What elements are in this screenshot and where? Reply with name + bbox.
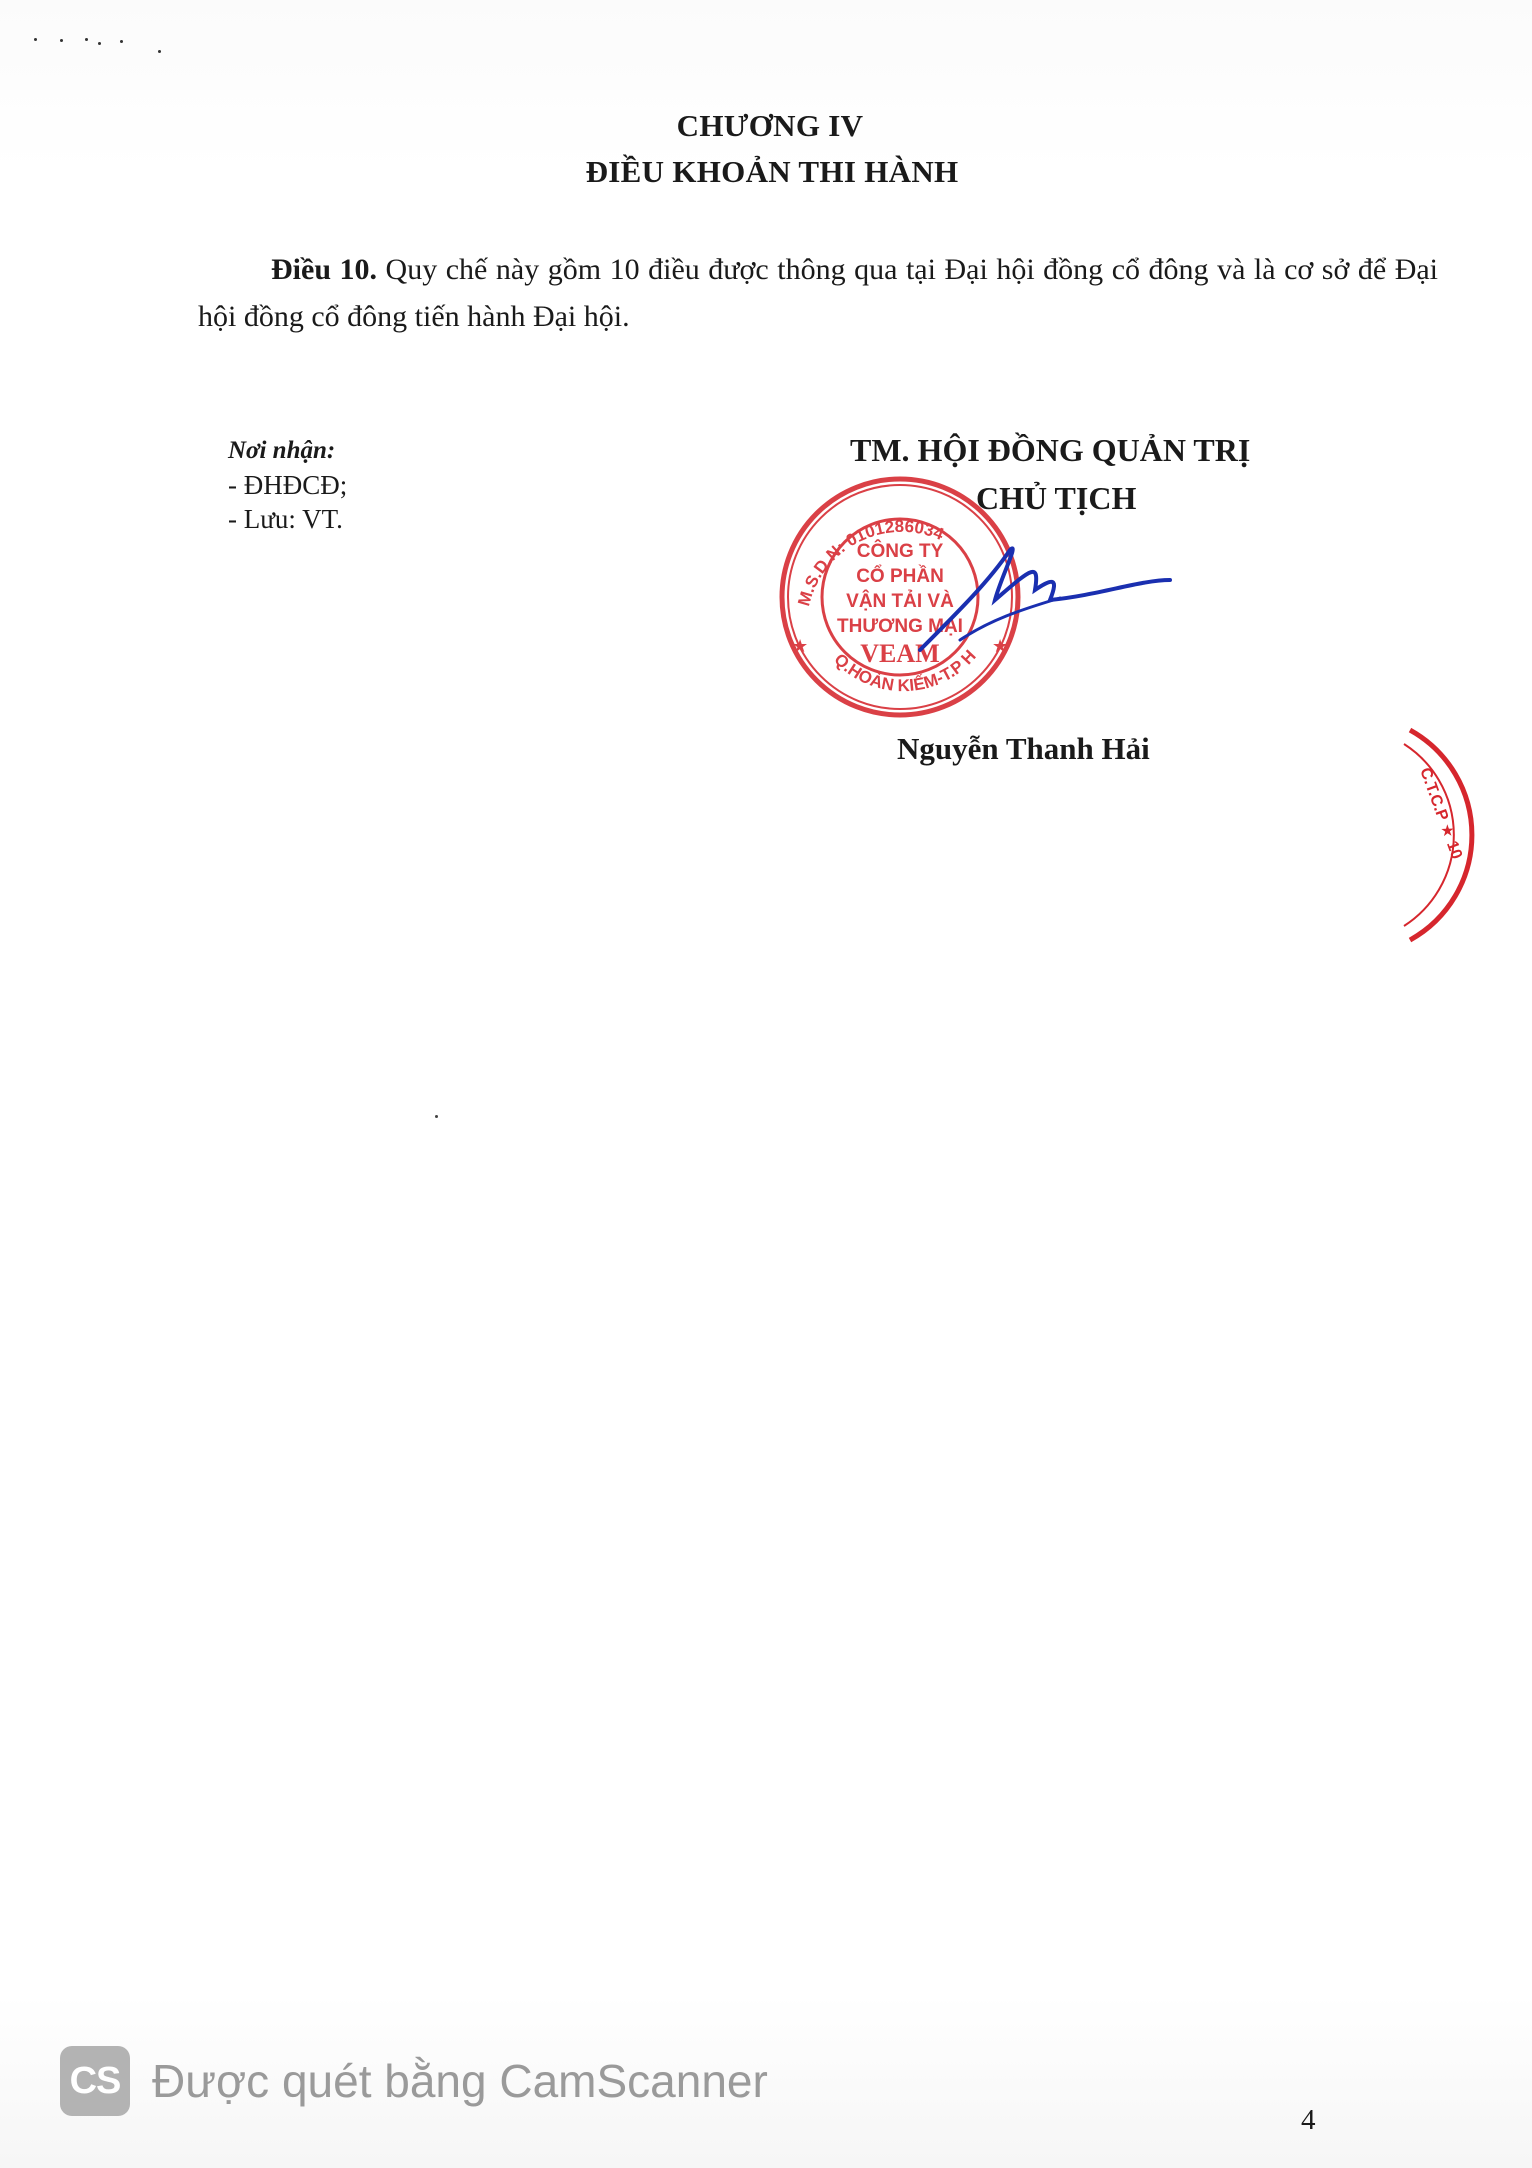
article-10: Điều 10. Quy chế này gồm 10 điều được th… [198,246,1438,340]
camscanner-text: Được quét bằng CamScanner [152,2054,768,2108]
camscanner-logo-icon: CS [60,2046,130,2116]
handwritten-signature [900,540,1180,660]
document-page: CHƯƠNG IV ĐIỀU KHOẢN THI HÀNH Điều 10. Q… [0,0,1532,2168]
recipients-block: Nơi nhận: - ĐHĐCĐ; - Lưu: VT. [228,434,347,536]
recipient-item: - Lưu: VT. [228,502,347,536]
svg-text:★: ★ [792,636,808,656]
article-label: Điều 10. [271,253,377,286]
recipients-heading: Nơi nhận: [228,434,347,468]
scan-speck [435,1115,438,1118]
signer-name: Nguyễn Thanh Hải [897,731,1150,767]
chapter-title: ĐIỀU KHOẢN THI HÀNH [6,154,1532,190]
camscanner-watermark: CS Được quét bằng CamScanner [60,2046,768,2116]
chapter-number: CHƯƠNG IV [4,108,1532,144]
partial-seal-icon: C.T.C.P ★ 10 [1390,720,1532,950]
page-number: 4 [1301,2104,1316,2137]
recipient-item: - ĐHĐCĐ; [228,468,347,502]
article-text: Quy chế này gồm 10 điều được thông qua t… [198,253,1438,333]
scan-specks [30,30,180,60]
